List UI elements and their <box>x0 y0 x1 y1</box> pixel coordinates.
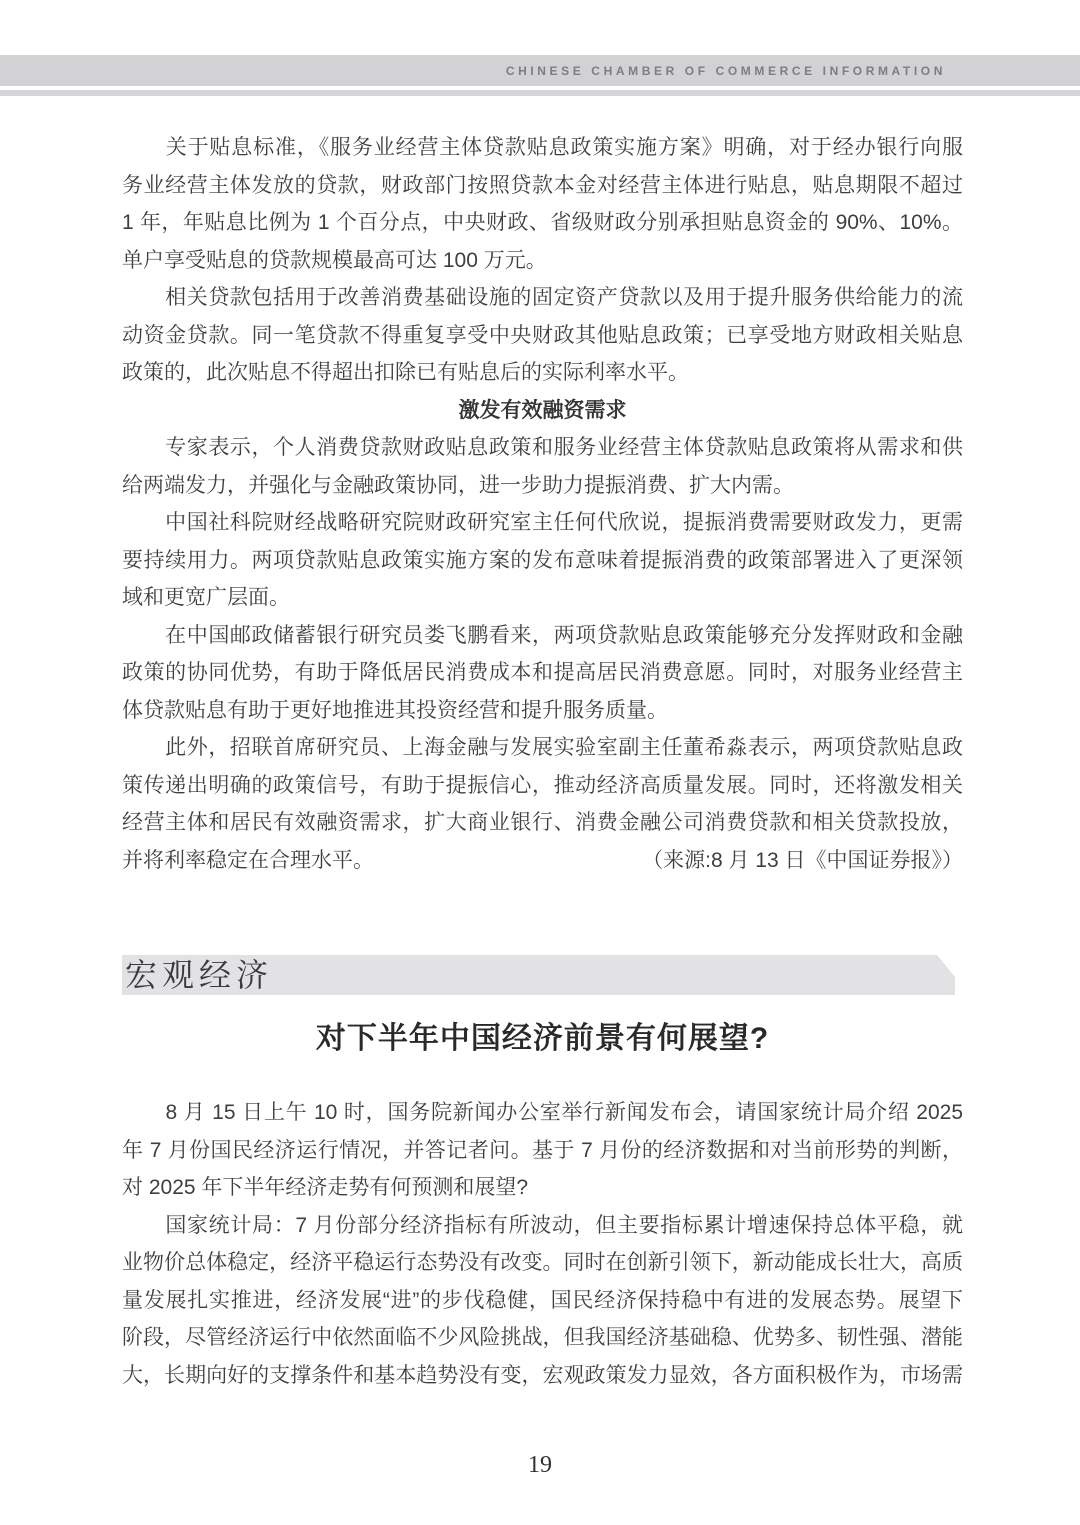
text-line: 政策的，此次贴息不得超出扣除已有贴息后的实际利率水平。 <box>122 354 963 392</box>
paragraph-cass-researcher: 中国社科院财经战略研究院财政研究室主任何代欣说，提振消费需要财政发力，更需要持续… <box>122 504 963 617</box>
text-line: 在中国邮政储蓄银行研究员娄飞鹏看来，两项贷款贴息政策能够充分发挥财政和金融 <box>122 617 963 655</box>
text-line: 体贷款贴息有助于更好地推进其投资经营和提升服务质量。 <box>122 692 963 730</box>
paragraph-experts: 专家表示，个人消费贷款财政贴息政策和服务业经营主体贷款贴息政策将从需求和供给两端… <box>122 429 963 504</box>
text-line: 经营主体和居民有效融资需求，扩大商业银行、消费金融公司消费贷款和相关贷款投放， <box>122 804 963 842</box>
text-line: 专家表示，个人消费贷款财政贴息政策和服务业经营主体贷款贴息政策将从需求和供 <box>122 429 963 467</box>
page-number: 19 <box>528 1452 552 1478</box>
subheading-financing-demand: 激发有效融资需求 <box>122 392 963 430</box>
page-content: 关于贴息标准，《服务业经营主体贷款贴息政策实施方案》明确，对于经办银行向服务业经… <box>122 129 963 1394</box>
text-line: 要持续用力。两项贷款贴息政策实施方案的发布意味着提振消费的政策部署进入了更深领 <box>122 542 963 580</box>
text-line: 中国社科院财经战略研究院财政研究室主任何代欣说，提振消费需要财政发力，更需 <box>122 504 963 542</box>
text-line: 单户享受贴息的贷款规模最高可达 100 万元。 <box>122 242 963 280</box>
page-header-band: CHINESE CHAMBER OF COMMERCE INFORMATION <box>0 55 1080 86</box>
source-citation: （来源:8 月 13 日《中国证券报》） <box>642 842 963 880</box>
text-line: 此外，招联首席研究员、上海金融与发展实验室副主任董希淼表示，两项贷款贴息政 <box>122 729 963 767</box>
text-line: 量发展扎实推进，经济发展“进”的步伐稳健，国民经济保持稳中有进的发展态势。展望下 <box>122 1282 963 1320</box>
article-economic-outlook: 对下半年中国经济前景有何展望? 8 月 15 日上午 10 时，国务院新闻办公室… <box>122 1017 963 1394</box>
text-line: 业物价总体稳定，经济平稳运行态势没有改变。同时在创新引领下，新动能成长壮大，高质 <box>122 1244 963 1282</box>
section-label: 宏观经济 <box>122 955 273 995</box>
page-footer: 19 <box>0 1452 1080 1479</box>
text-line: 并将利率稳定在合理水平。（来源:8 月 13 日《中国证券报》） <box>122 842 963 880</box>
text-line-left: 并将利率稳定在合理水平。 <box>122 842 374 880</box>
text-line: 1 年，年贴息比例为 1 个百分点，中央财政、省级财政分别承担贴息资金的 90%… <box>122 204 963 242</box>
header-divider <box>0 90 1080 96</box>
paragraph-press-conference: 8 月 15 日上午 10 时，国务院新闻办公室举行新闻发布会，请国家统计局介绍… <box>122 1094 963 1207</box>
text-line: 策传递出明确的政策信号，有助于提振信心，推动经济高质量发展。同时，还将激发相关 <box>122 767 963 805</box>
article-title: 对下半年中国经济前景有何展望? <box>122 1017 963 1061</box>
text-line: 动资金贷款。同一笔贷款不得重复享受中央财政其他贴息政策；已享受地方财政相关贴息 <box>122 317 963 355</box>
paragraph-subsidy-standard: 关于贴息标准，《服务业经营主体贷款贴息政策实施方案》明确，对于经办银行向服务业经… <box>122 129 963 279</box>
paragraph-zhaolian-researcher: 此外，招联首席研究员、上海金融与发展实验室副主任董希淼表示，两项贷款贴息政策传递… <box>122 729 963 879</box>
document-page: CHINESE CHAMBER OF COMMERCE INFORMATION … <box>0 0 1080 1525</box>
header-title: CHINESE CHAMBER OF COMMERCE INFORMATION <box>506 64 946 78</box>
text-line: 对 2025 年下半年经济走势有何预测和展望? <box>122 1169 963 1207</box>
text-line: 年 7 月份国民经济运行情况，并答记者问。基于 7 月份的经济数据和对当前形势的… <box>122 1132 963 1170</box>
text-line: 关于贴息标准，《服务业经营主体贷款贴息政策实施方案》明确，对于经办银行向服 <box>122 129 963 167</box>
text-line: 大，长期向好的支撑条件和基本趋势没有变，宏观政策发力显效，各方面积极作为，市场需 <box>122 1357 963 1395</box>
text-line: 8 月 15 日上午 10 时，国务院新闻办公室举行新闻发布会，请国家统计局介绍… <box>122 1094 963 1132</box>
paragraph-related-loans: 相关贷款包括用于改善消费基础设施的固定资产贷款以及用于提升服务供给能力的流动资金… <box>122 279 963 392</box>
paragraph-psbc-researcher: 在中国邮政储蓄银行研究员娄飞鹏看来，两项贷款贴息政策能够充分发挥财政和金融政策的… <box>122 617 963 730</box>
paragraph-nbs-answer: 国家统计局：7 月份部分经济指标有所波动，但主要指标累计增速保持总体平稳，就业物… <box>122 1207 963 1395</box>
text-line: 阶段，尽管经济运行中依然面临不少风险挑战，但我国经济基础稳、优势多、韧性强、潜能 <box>122 1319 963 1357</box>
section-banner-macro-economy: 宏观经济 <box>122 955 955 995</box>
text-line: 政策的协同优势，有助于降低居民消费成本和提高居民消费意愿。同时，对服务业经营主 <box>122 654 963 692</box>
text-line: 国家统计局：7 月份部分经济指标有所波动，但主要指标累计增速保持总体平稳，就 <box>122 1207 963 1245</box>
text-line: 相关贷款包括用于改善消费基础设施的固定资产贷款以及用于提升服务供给能力的流 <box>122 279 963 317</box>
text-line: 域和更宽广层面。 <box>122 579 963 617</box>
text-line: 务业经营主体发放的贷款，财政部门按照贷款本金对经营主体进行贴息，贴息期限不超过 <box>122 167 963 205</box>
text-line: 给两端发力，并强化与金融政策协同，进一步助力提振消费、扩大内需。 <box>122 467 963 505</box>
article-loan-subsidy: 关于贴息标准，《服务业经营主体贷款贴息政策实施方案》明确，对于经办银行向服务业经… <box>122 129 963 879</box>
